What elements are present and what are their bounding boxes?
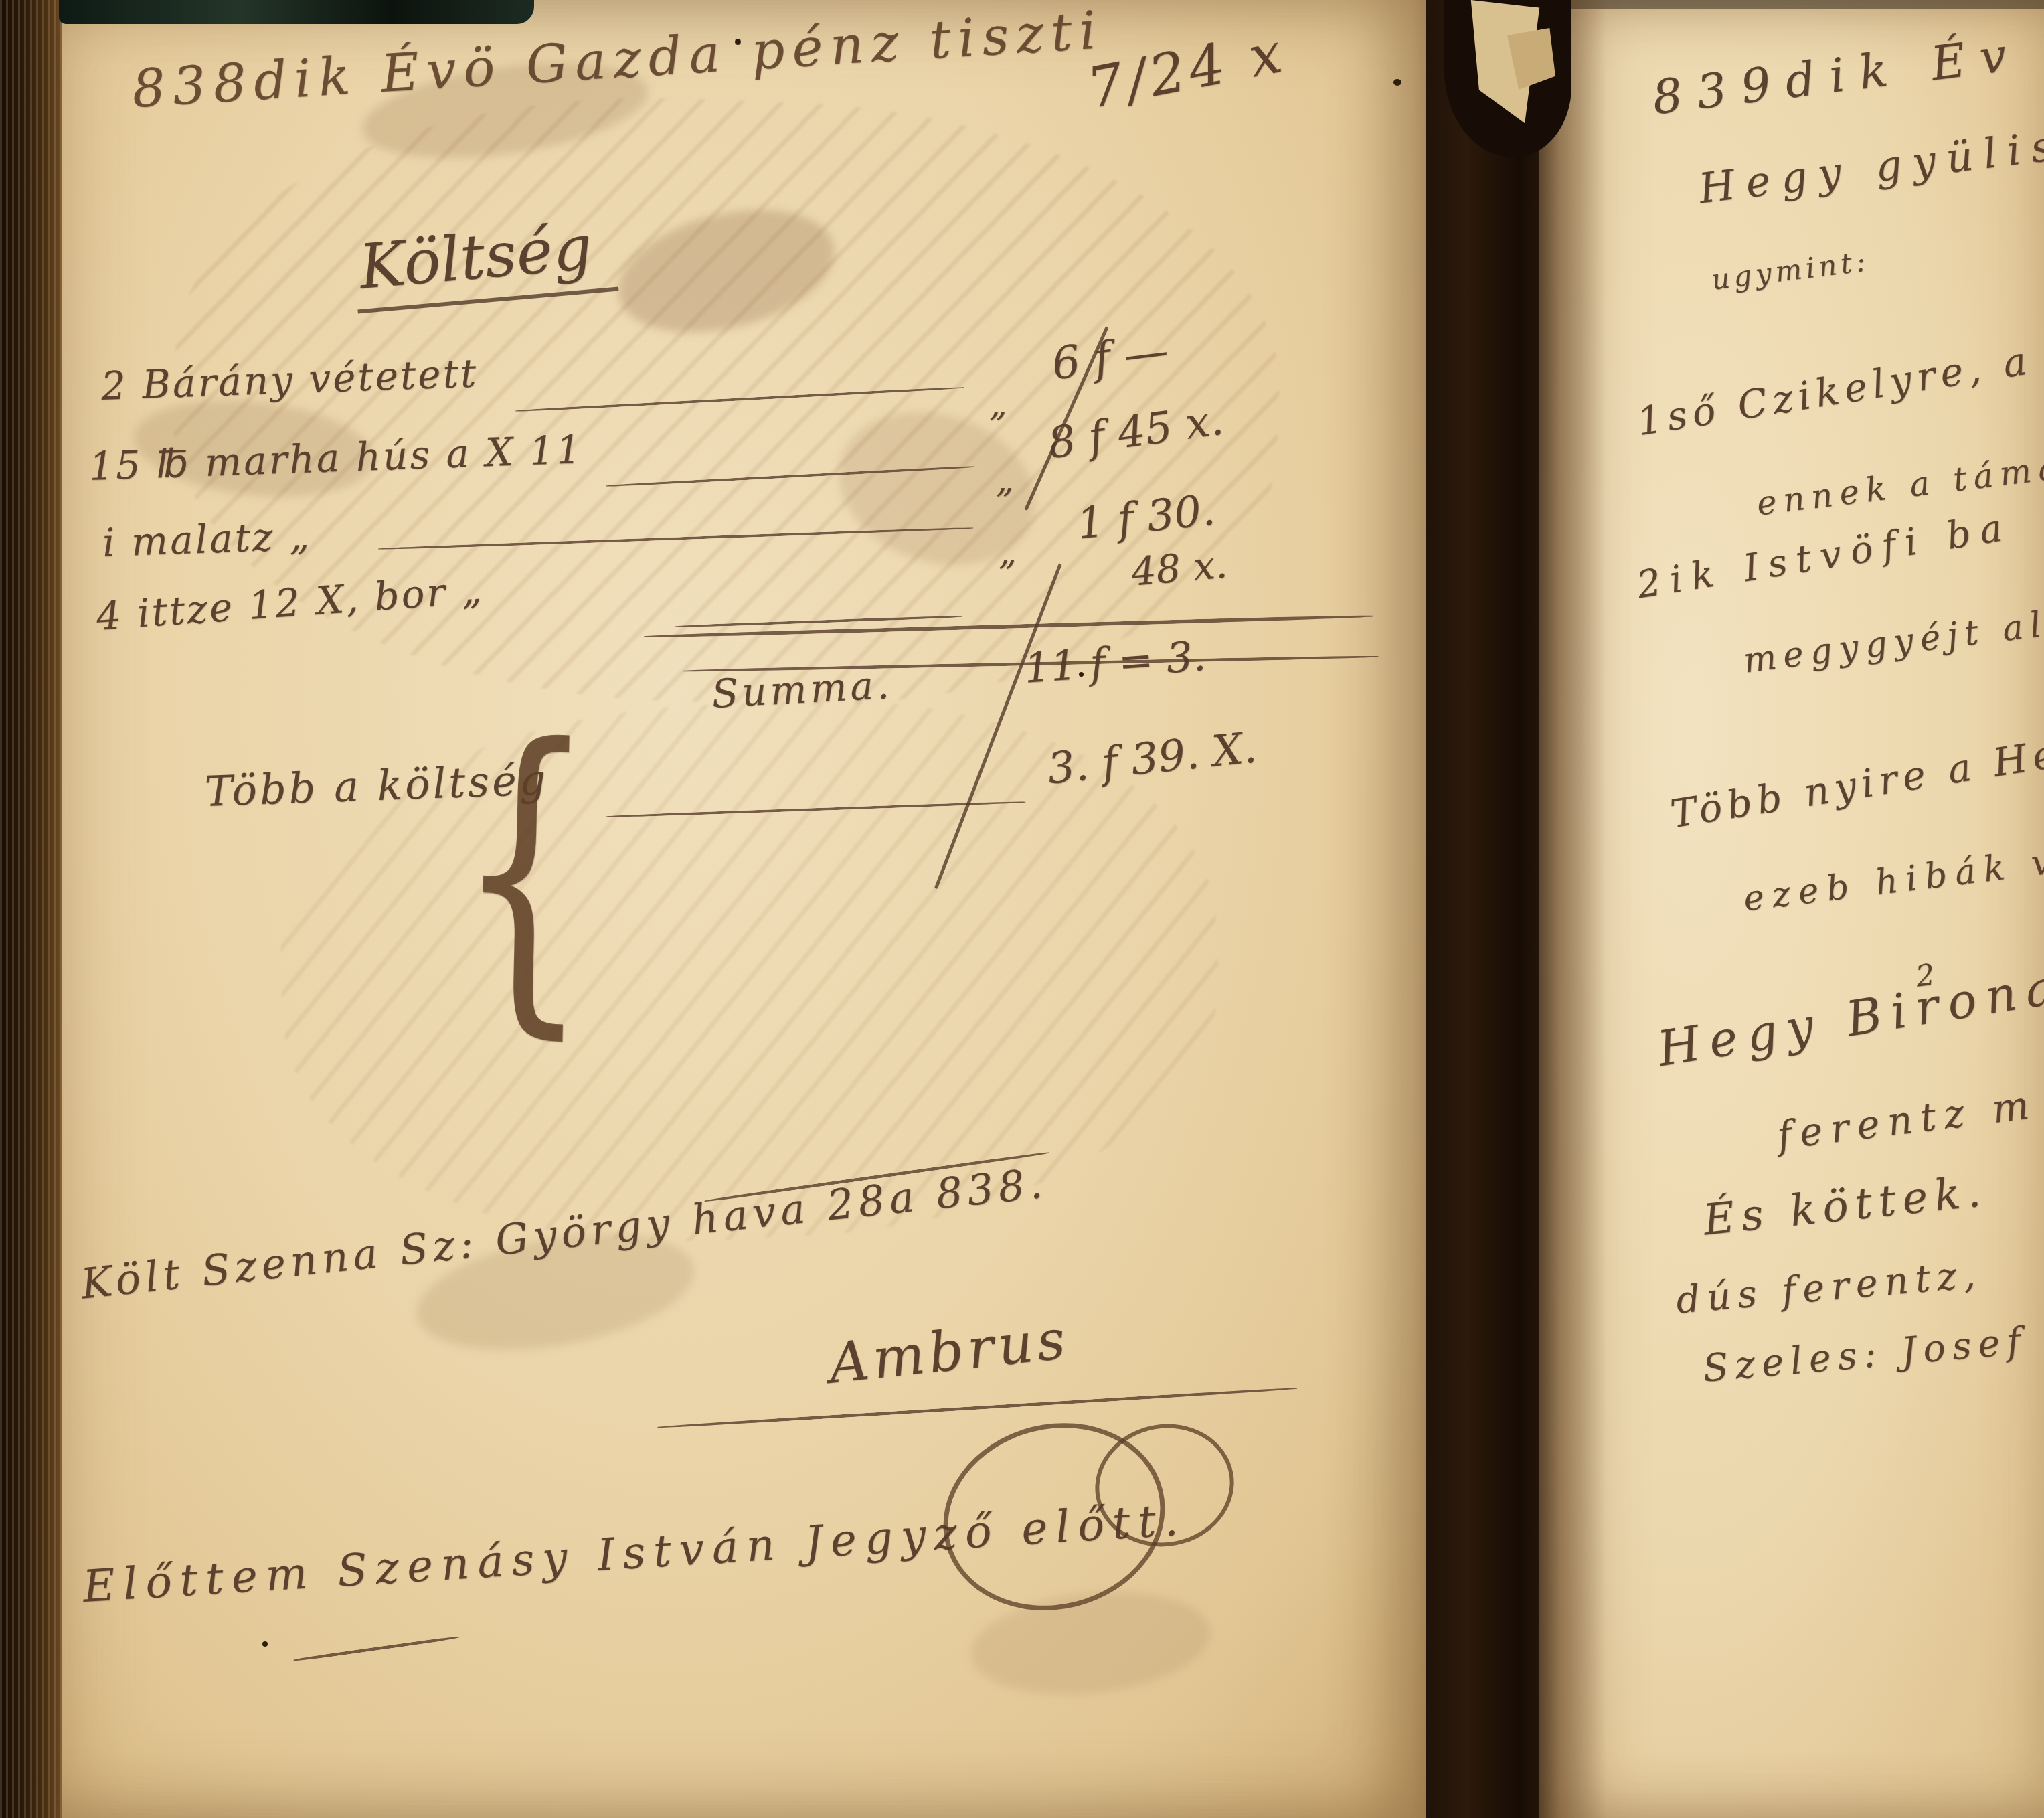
ink-speck [262, 1641, 268, 1647]
right-page-line: ezeb hibák v [1741, 843, 2044, 916]
right-page-line: 1ső Czikelyre, a [1634, 341, 2035, 441]
spine-edge [0, 0, 62, 1818]
cover-strip [59, 0, 534, 24]
ditto-mark: „ [989, 387, 1007, 422]
right-page-line: megygyéjt al [1741, 606, 2044, 678]
right-page-line: dús ferentz, [1675, 1256, 1983, 1320]
right-page-line: 839dik Év Bí [1650, 17, 2044, 122]
right-page: 839dik Év Bí Hegy gyülis ugymint: 1ső Cz… [1539, 0, 2044, 1818]
expense-amount: 48 x. [1130, 545, 1229, 592]
ink-speck [1393, 79, 1401, 86]
ditto-mark: „ [999, 535, 1017, 570]
right-page-line: ferentz m [1775, 1084, 2039, 1155]
top-edge-shadow [1539, 0, 2044, 9]
expense-desc: i malatz „ [102, 516, 312, 562]
book-scan: 838dik Évö Gazda pénz tiszti 7/24 x Költ… [0, 0, 2044, 1818]
right-page-line: Szeles: Josef [1701, 1323, 2029, 1388]
right-page-line: Hegy Birona [1654, 961, 2044, 1073]
right-page-line: 2ik Istvöfi ba [1634, 509, 2014, 605]
summa-amount: 11 f = 3. [1023, 635, 1207, 689]
right-page-line: Hegy gyülis [1697, 124, 2044, 210]
brace-flourish: { [453, 701, 597, 1041]
right-page-line: Több nyire a Hegy [1668, 724, 2044, 833]
right-page-line: ugymint: [1710, 247, 1871, 295]
right-page-line: És köttek. [1701, 1170, 1989, 1242]
summa-label: Summa. [711, 665, 893, 714]
ditto-mark: „ [996, 463, 1014, 498]
expense-amount: 6 f — [1049, 329, 1171, 387]
